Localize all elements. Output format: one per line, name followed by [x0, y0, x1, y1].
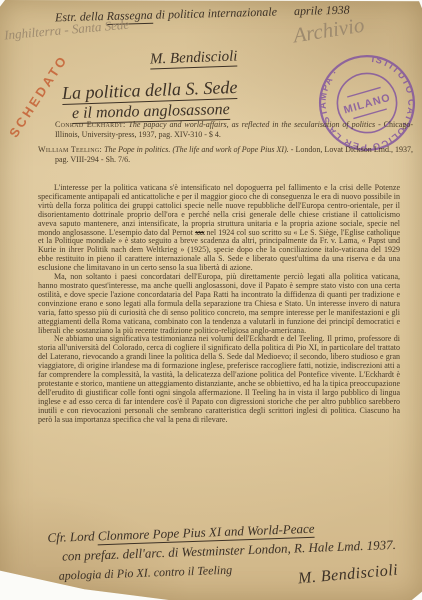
bib2-title: The Pope in politics. (The life and work… [104, 145, 289, 154]
stamp-center-text: MILANO [342, 92, 392, 117]
paragraph-1: L'interesse per la politica vaticana s'è… [38, 184, 400, 273]
bibliography-entry-eckhardt: Conrad Eckhardt: The papacy and world-af… [38, 120, 413, 140]
scanned-paper-sheet: Estr. della Rassegna di politica interna… [0, 0, 422, 600]
stamp-center-group: MILANO [341, 86, 394, 121]
bibliography-entry-teeling: William Teeling: The Pope in politics. (… [38, 145, 413, 165]
bib1-title: The papacy and world-affairs, as reflect… [128, 120, 375, 129]
handwritten-title-line1: La politica della S. Sede [62, 77, 238, 104]
institute-circular-stamp: ISTITUTO CATTOLICO PER LA STAMPA · MILAN… [311, 47, 422, 159]
bib2-author: William Teeling: [38, 145, 102, 154]
handwritten-author-name: M. Bendiscioli [150, 48, 238, 68]
paragraph-2: Ma, non soltanto i paesi concordatari de… [38, 273, 400, 335]
review-body-text: L'interesse per la politica vaticana s'è… [38, 184, 400, 424]
p1-scratched-word: xxx [195, 228, 204, 237]
paragraph-3: Ne abbiamo una significativa testimonian… [38, 335, 400, 424]
top-ink-mid: di politica internazionale [155, 5, 277, 22]
bib1-author: Conrad Eckhardt: [55, 120, 126, 129]
author-name-text: M. Bendiscioli [150, 48, 238, 69]
footer-line1-pre: Cfr. Lord [47, 528, 98, 545]
